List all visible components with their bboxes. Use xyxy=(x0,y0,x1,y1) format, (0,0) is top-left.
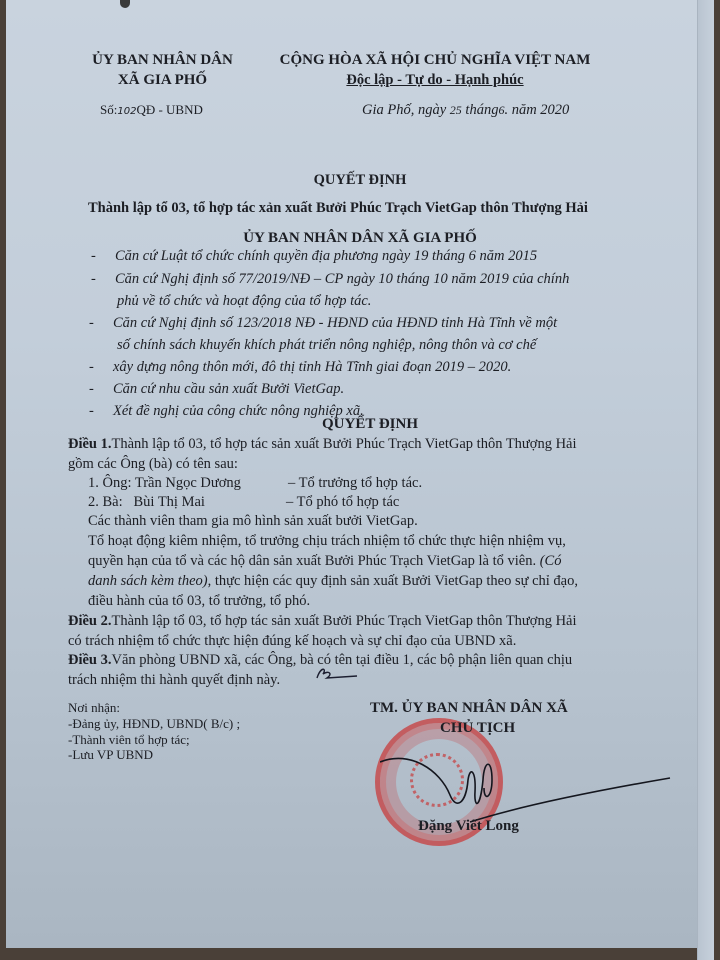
authority-heading: ỦY BAN NHÂN DÂN XÃ GIA PHỐ xyxy=(0,230,720,247)
article-1-paragraph: Tổ hoạt động kiêm nhiệm, tổ trưởng chịu … xyxy=(88,533,566,550)
recipient-item: -Thành viên tổ hợp tác; xyxy=(68,732,190,748)
article-1-paragraph: điều hành của tổ 03, tổ trưởng, tổ phó. xyxy=(88,593,310,610)
article-1-paragraph: danh sách kèm theo), thực hiện các quy đ… xyxy=(88,573,578,590)
basis-item: -xây dựng nông thôn mới, đô thị tỉnh Hà … xyxy=(113,359,511,376)
article-2-continued: có trách nhiệm tổ chức thực hiện đúng kế… xyxy=(68,633,516,650)
basis-item-continued: phủ về tổ chức và hoạt động của tổ hợp t… xyxy=(117,293,371,310)
national-motto: Độc lập - Tự do - Hạnh phúc xyxy=(270,72,600,89)
issuer-commune: XÃ GIA PHỐ xyxy=(80,72,245,89)
member-role: – Tổ trưởng tổ hợp tác. xyxy=(288,475,422,492)
signature-title: TM. ỦY BAN NHÂN DÂN XÃ xyxy=(370,700,568,717)
recipient-item: -Đảng ủy, HĐND, UBND( B/c) ; xyxy=(68,716,240,732)
member-name: Trần Ngọc Dương xyxy=(135,475,241,491)
year-text: . năm 2020 xyxy=(504,102,569,118)
member-name: Bùi Thị Mai xyxy=(134,494,205,510)
signature-role: CHỦ TỊCH xyxy=(440,720,515,737)
basis-item: -Căn cứ Nghị định số 77/2019/NĐ – CP ngà… xyxy=(115,271,569,288)
article-3-continued: trách nhiệm thi hành quyết định này. xyxy=(68,672,280,689)
article-2-label: Điều 2. xyxy=(68,613,112,629)
member-item: 2. Bà: Bùi Thị Mai xyxy=(88,494,205,511)
article-1-paragraph: Các thành viên tham gia mô hình sản xuất… xyxy=(88,513,418,530)
article-1-continued: gồm các Ông (bà) có tên sau: xyxy=(68,456,238,473)
article-1-paragraph: quyền hạn của tổ và các hộ dân sản xuất … xyxy=(88,553,561,570)
national-title: CỘNG HÒA XÃ HỘI CHỦ NGHĨA VIỆT NAM xyxy=(270,52,600,69)
article-1: Điều 1.Thành lập tổ 03, tổ hợp tác sản x… xyxy=(68,436,577,453)
decision-heading: QUYẾT ĐỊNH xyxy=(60,416,680,433)
article-1-label: Điều 1. xyxy=(68,436,112,452)
recipients-heading: Nơi nhận: xyxy=(68,700,120,716)
basis-item: -Căn cứ Nghị định số 123/2018 NĐ - HĐND … xyxy=(113,315,557,332)
issuer-name: ỦY BAN NHÂN DÂN xyxy=(80,52,245,69)
page-edge xyxy=(697,0,714,960)
article-3-label: Điều 3. xyxy=(68,652,112,668)
document-subject: Thành lập tổ 03, tổ hợp tác xản xuất Bưở… xyxy=(88,200,588,217)
article-2: Điều 2.Thành lập tổ 03, tổ hợp tác sản x… xyxy=(68,613,577,630)
date-prefix: Gia Phố, ngày xyxy=(362,102,446,118)
recipient-item: -Lưu VP UBND xyxy=(68,747,153,763)
signer-name: Đặng Viết Long xyxy=(418,818,519,835)
document-title: QUYẾT ĐỊNH xyxy=(0,172,720,189)
day-handwritten: 25 xyxy=(450,103,462,117)
member-item: 1. Ông: Trần Ngọc Dương xyxy=(88,475,241,492)
basis-item: -Căn cứ Luật tổ chức chính quyền địa phư… xyxy=(115,248,537,265)
document-number: Số:102QĐ - UBND xyxy=(100,102,203,118)
signature-icon xyxy=(380,740,680,830)
number-handwritten: 102 xyxy=(117,106,136,117)
number-suffix: QĐ - UBND xyxy=(136,102,202,117)
member-role: – Tổ phó tổ hợp tác xyxy=(286,494,399,511)
document-date: Gia Phố, ngày 25 tháng6. năm 2020 xyxy=(362,102,569,119)
number-label: Số: xyxy=(100,102,117,117)
basis-item-continued: số chính sách khuyến khích phát triển nô… xyxy=(117,337,536,354)
basis-item: -Căn cứ nhu cầu sản xuất Bưởi VietGap. xyxy=(113,381,344,398)
month-label: tháng xyxy=(465,102,498,118)
initials-mark-icon xyxy=(313,664,361,684)
